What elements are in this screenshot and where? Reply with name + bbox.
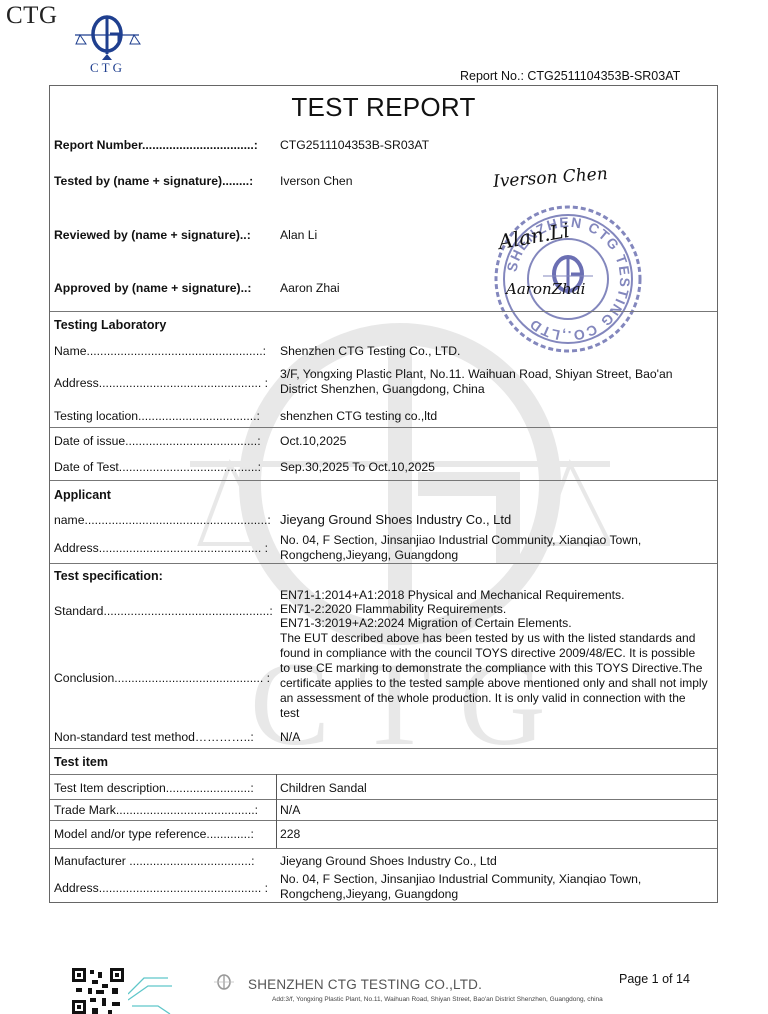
lab-name-label: Name....................................… xyxy=(54,344,266,358)
test-specification-heading: Test specification: xyxy=(54,569,163,583)
manufacturer-address-label: Address.................................… xyxy=(54,881,268,895)
report-number-value: CTG2511104353B-SR03AT xyxy=(280,138,429,152)
non-standard-method-value: N/A xyxy=(280,730,300,744)
trade-mark-label: Trade Mark..............................… xyxy=(54,803,258,817)
testing-location-value: shenzhen CTG testing co.,ltd xyxy=(280,409,437,423)
divider xyxy=(50,820,717,821)
tested-by-value: Iverson Chen xyxy=(280,174,353,188)
footer-address: Add:3/f, Yongxing Plastic Plant, No.11, … xyxy=(272,996,603,1003)
standard-item: EN71-3:2019+A2:2024 Migration of Certain… xyxy=(280,616,625,630)
testing-laboratory-heading: Testing Laboratory xyxy=(54,318,166,332)
model-reference-label: Model and/or type reference.............… xyxy=(54,827,254,841)
lab-address-value: 3/F, Yongxing Plastic Plant, No.11. Waih… xyxy=(280,367,710,397)
date-of-test-label: Date of Test............................… xyxy=(54,460,261,474)
conclusion-value: The EUT described above has been tested … xyxy=(280,631,708,721)
conclusion-label: Conclusion..............................… xyxy=(54,671,270,685)
qr-code-icon xyxy=(72,968,124,1014)
divider xyxy=(50,848,717,849)
divider xyxy=(50,799,717,800)
applicant-name-value: Jieyang Ground Shoes Industry Co., Ltd xyxy=(280,512,511,527)
brand-text: CTG xyxy=(6,2,58,30)
applicant-name-label: name....................................… xyxy=(54,513,271,527)
date-of-issue-value: Oct.10,2025 xyxy=(280,434,346,448)
test-item-heading: Test item xyxy=(54,755,108,769)
footer-company-name: SHENZHEN CTG TESTING CO.,LTD. xyxy=(248,977,482,992)
divider xyxy=(50,480,717,481)
testing-location-label: Testing location........................… xyxy=(54,409,260,423)
tested-by-signature: Iverson Chen xyxy=(492,164,608,192)
report-frame: C T G TEST REPORT Report Number.........… xyxy=(49,85,718,903)
date-of-test-value: Sep.30,2025 To Oct.10,2025 xyxy=(280,460,435,474)
reviewed-by-value: Alan Li xyxy=(280,228,317,242)
model-reference-value: 228 xyxy=(280,827,300,841)
standards-list: EN71-1:2014+A1:2018 Physical and Mechani… xyxy=(280,588,625,630)
date-of-issue-label: Date of issue...........................… xyxy=(54,434,261,448)
standard-label: Standard................................… xyxy=(54,604,273,618)
item-description-value: Children Sandal xyxy=(280,781,367,795)
reviewed-by-label: Reviewed by (name + signature)..: xyxy=(54,228,251,242)
page-title: TEST REPORT xyxy=(50,92,717,123)
lab-name-value: Shenzhen CTG Testing Co., LTD. xyxy=(280,344,460,358)
standard-item: EN71-2:2020 Flammability Requirements. xyxy=(280,602,625,616)
manufacturer-label: Manufacturer ...........................… xyxy=(54,854,254,868)
tested-by-label: Tested by (name + signature)........: xyxy=(54,174,253,188)
non-standard-method-label: Non-standard test method…………..: xyxy=(54,730,254,744)
applicant-address-label: Address.................................… xyxy=(54,541,268,555)
divider xyxy=(50,748,717,749)
divider xyxy=(50,427,717,428)
divider xyxy=(50,563,717,564)
page-number: Page 1 of 14 xyxy=(619,972,690,986)
approved-by-signature: AaronZhai xyxy=(506,280,585,298)
standard-item: EN71-1:2014+A1:2018 Physical and Mechani… xyxy=(280,588,625,602)
applicant-address-value: No. 04, F Section, Jinsanjiao Industrial… xyxy=(280,533,710,563)
divider xyxy=(50,774,717,775)
approved-by-label: Approved by (name + signature)..: xyxy=(54,281,251,295)
report-number-label: Report Number...........................… xyxy=(54,138,258,152)
item-description-label: Test Item description...................… xyxy=(54,781,254,795)
lab-address-label: Address.................................… xyxy=(54,376,268,390)
approved-by-value: Aaron Zhai xyxy=(280,281,340,295)
manufacturer-value: Jieyang Ground Shoes Industry Co., Ltd xyxy=(280,854,497,868)
ctg-small-logo-icon xyxy=(212,972,236,996)
manufacturer-address-value: No. 04, F Section, Jinsanjiao Industrial… xyxy=(280,872,710,902)
divider xyxy=(50,311,717,312)
applicant-heading: Applicant xyxy=(54,488,111,502)
column-divider xyxy=(276,774,277,848)
logo-caption: CTG xyxy=(90,60,125,76)
report-number-header: Report No.: CTG2511104353B-SR03AT xyxy=(460,69,680,83)
trade-mark-value: N/A xyxy=(280,803,300,817)
